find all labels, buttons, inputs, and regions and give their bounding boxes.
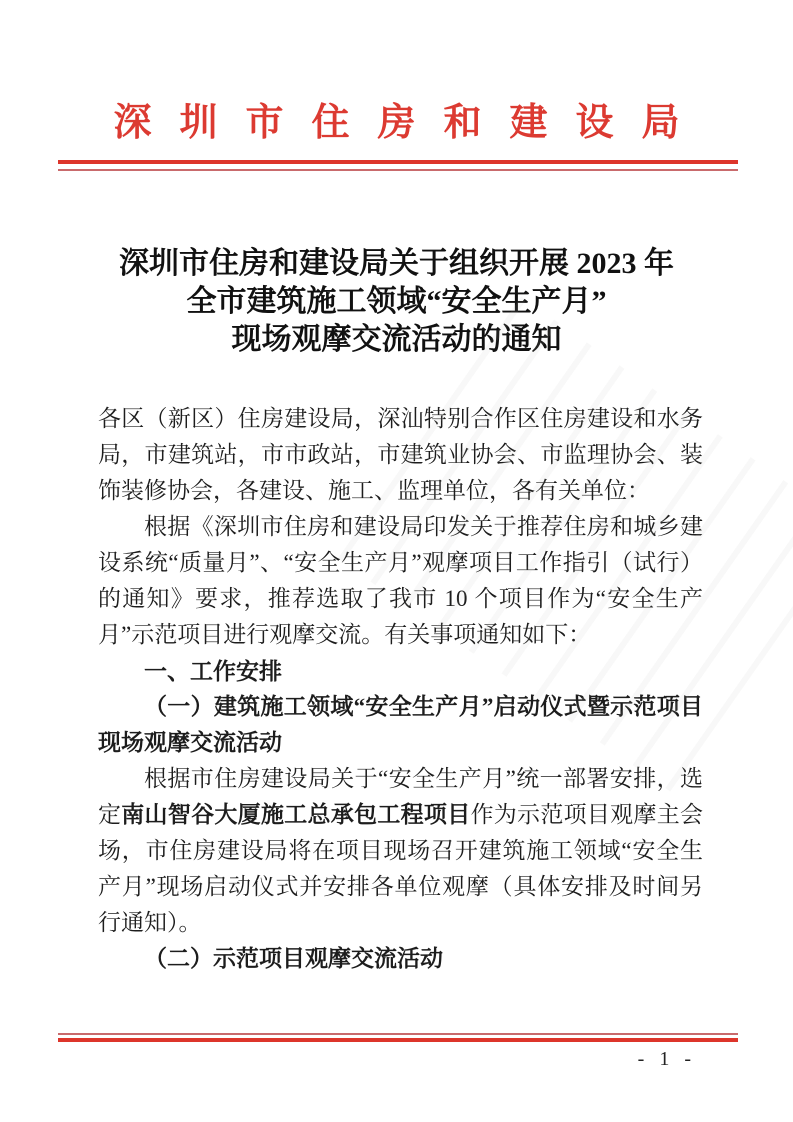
section-1-heading: 一、工作安排	[98, 653, 703, 689]
section-1-1-paragraph: 根据市住房建设局关于“安全生产月”统一部署安排，选定南山智谷大厦施工总承包工程项…	[98, 761, 703, 941]
letterhead-rules	[0, 160, 793, 171]
document-title-line3: 现场观摩交流活动的通知	[0, 321, 793, 359]
letterhead-rule-thin	[58, 169, 738, 171]
document-body: 各区（新区）住房建设局，深汕特别合作区住房建设和水务局，市建筑站，市市政站，市建…	[98, 401, 703, 977]
document-title: 深圳市住房和建设局关于组织开展 2023 年 全市建筑施工领域“安全生产月” 现…	[0, 245, 793, 359]
document-title-line2: 全市建筑施工领域“安全生产月”	[0, 283, 793, 321]
section-1-2-heading: （二）示范项目观摩交流活动	[98, 941, 703, 977]
page-number: - 1 -	[638, 1048, 696, 1071]
document-title-line1: 深圳市住房和建设局关于组织开展 2023 年	[0, 245, 793, 283]
letterhead-rule-thick	[58, 160, 738, 164]
intro-paragraph: 根据《深圳市住房和建设局印发关于推荐住房和城乡建设系统“质量月”、“安全生产月”…	[98, 509, 703, 653]
footer-rules	[0, 1033, 793, 1042]
agency-letterhead-title: 深圳市住房和建设局	[0, 100, 793, 146]
project-name-emphasis: 南山智谷大厦施工总承包工程项目	[121, 802, 470, 827]
section-1-1-heading: （一）建筑施工领域“安全生产月”启动仪式暨示范项目现场观摩交流活动	[98, 689, 703, 761]
recipients-paragraph: 各区（新区）住房建设局，深汕特别合作区住房建设和水务局，市建筑站，市市政站，市建…	[98, 401, 703, 509]
footer-rule-thin	[58, 1033, 738, 1035]
document-page: 深圳市住房和建设局 深圳市住房和建设局关于组织开展 2023 年 全市建筑施工领…	[0, 0, 793, 1122]
letterhead-header: 深圳市住房和建设局	[0, 100, 793, 171]
footer-rule-thick	[58, 1038, 738, 1042]
